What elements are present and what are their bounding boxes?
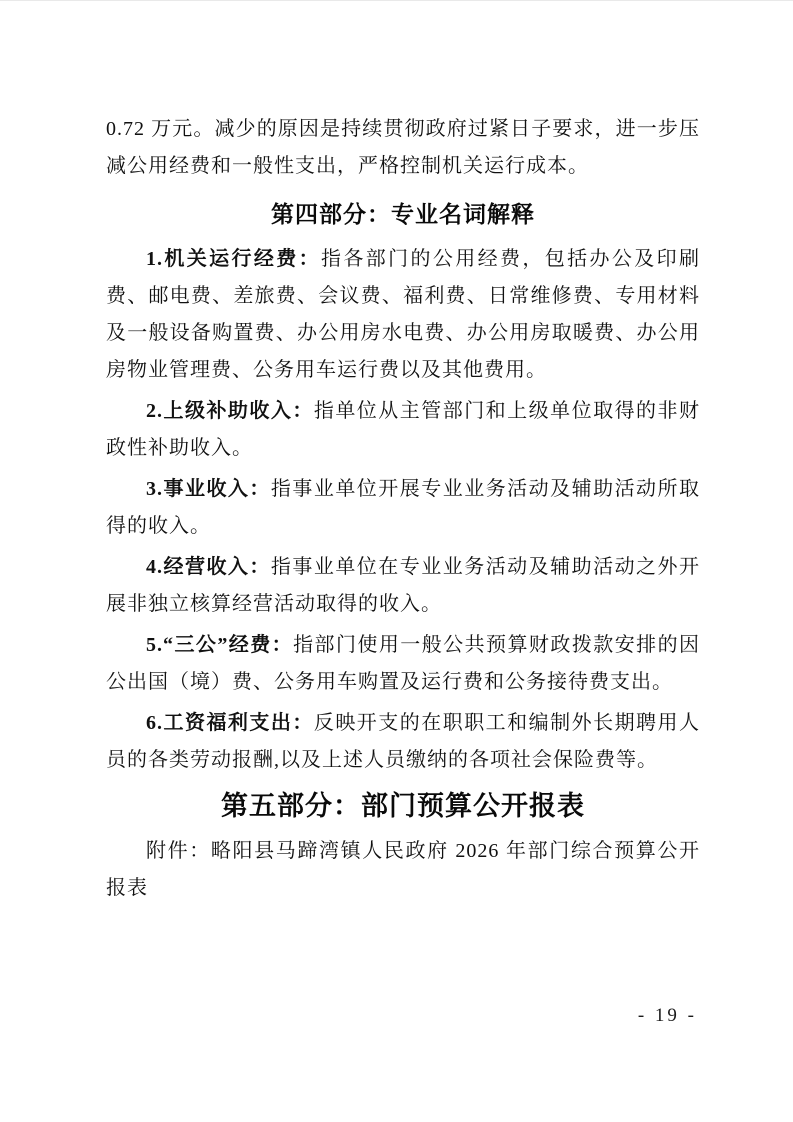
term-paragraph-2: 2.上级补助收入：指单位从主管部门和上级单位取得的非财政性补助收入。: [106, 393, 700, 467]
intro-paragraph: 0.72 万元。减少的原因是持续贯彻政府过紧日子要求，进一步压减公用经费和一般性…: [106, 111, 700, 185]
section4-heading: 第四部分：专业名词解释: [106, 193, 700, 237]
attachment-paragraph: 附件：略阳县马蹄湾镇人民政府 2026 年部门综合预算公开报表: [106, 833, 700, 907]
term-paragraph-1: 1.机关运行经费：指各部门的公用经费，包括办公及印刷费、邮电费、差旅费、会议费、…: [106, 241, 700, 389]
term-label-4: 4.经营收入：: [146, 556, 271, 578]
section5-heading: 第五部分：部门预算公开报表: [106, 783, 700, 829]
term-label-1: 1.机关运行经费：: [146, 248, 321, 270]
term-label-3: 3.事业收入：: [146, 478, 271, 500]
document-page: 0.72 万元。减少的原因是持续贯彻政府过紧日子要求，进一步压减公用经费和一般性…: [0, 0, 793, 1122]
term-label-6: 6.工资福利支出：: [146, 712, 314, 734]
term-paragraph-3: 3.事业收入：指事业单位开展专业业务活动及辅助活动所取得的收入。: [106, 471, 700, 545]
term-paragraph-6: 6.工资福利支出：反映开支的在职职工和编制外长期聘用人员的各类劳动报酬,以及上述…: [106, 705, 700, 779]
term-paragraph-4: 4.经营收入：指事业单位在专业业务活动及辅助活动之外开展非独立核算经营活动取得的…: [106, 549, 700, 623]
page-number: - 19 -: [638, 1001, 697, 1031]
term-label-5: 5.“三公”经费：: [146, 634, 293, 656]
term-label-2: 2.上级补助收入：: [146, 400, 314, 422]
term-paragraph-5: 5.“三公”经费：指部门使用一般公共预算财政拨款安排的因公出国（境）费、公务用车…: [106, 627, 700, 701]
